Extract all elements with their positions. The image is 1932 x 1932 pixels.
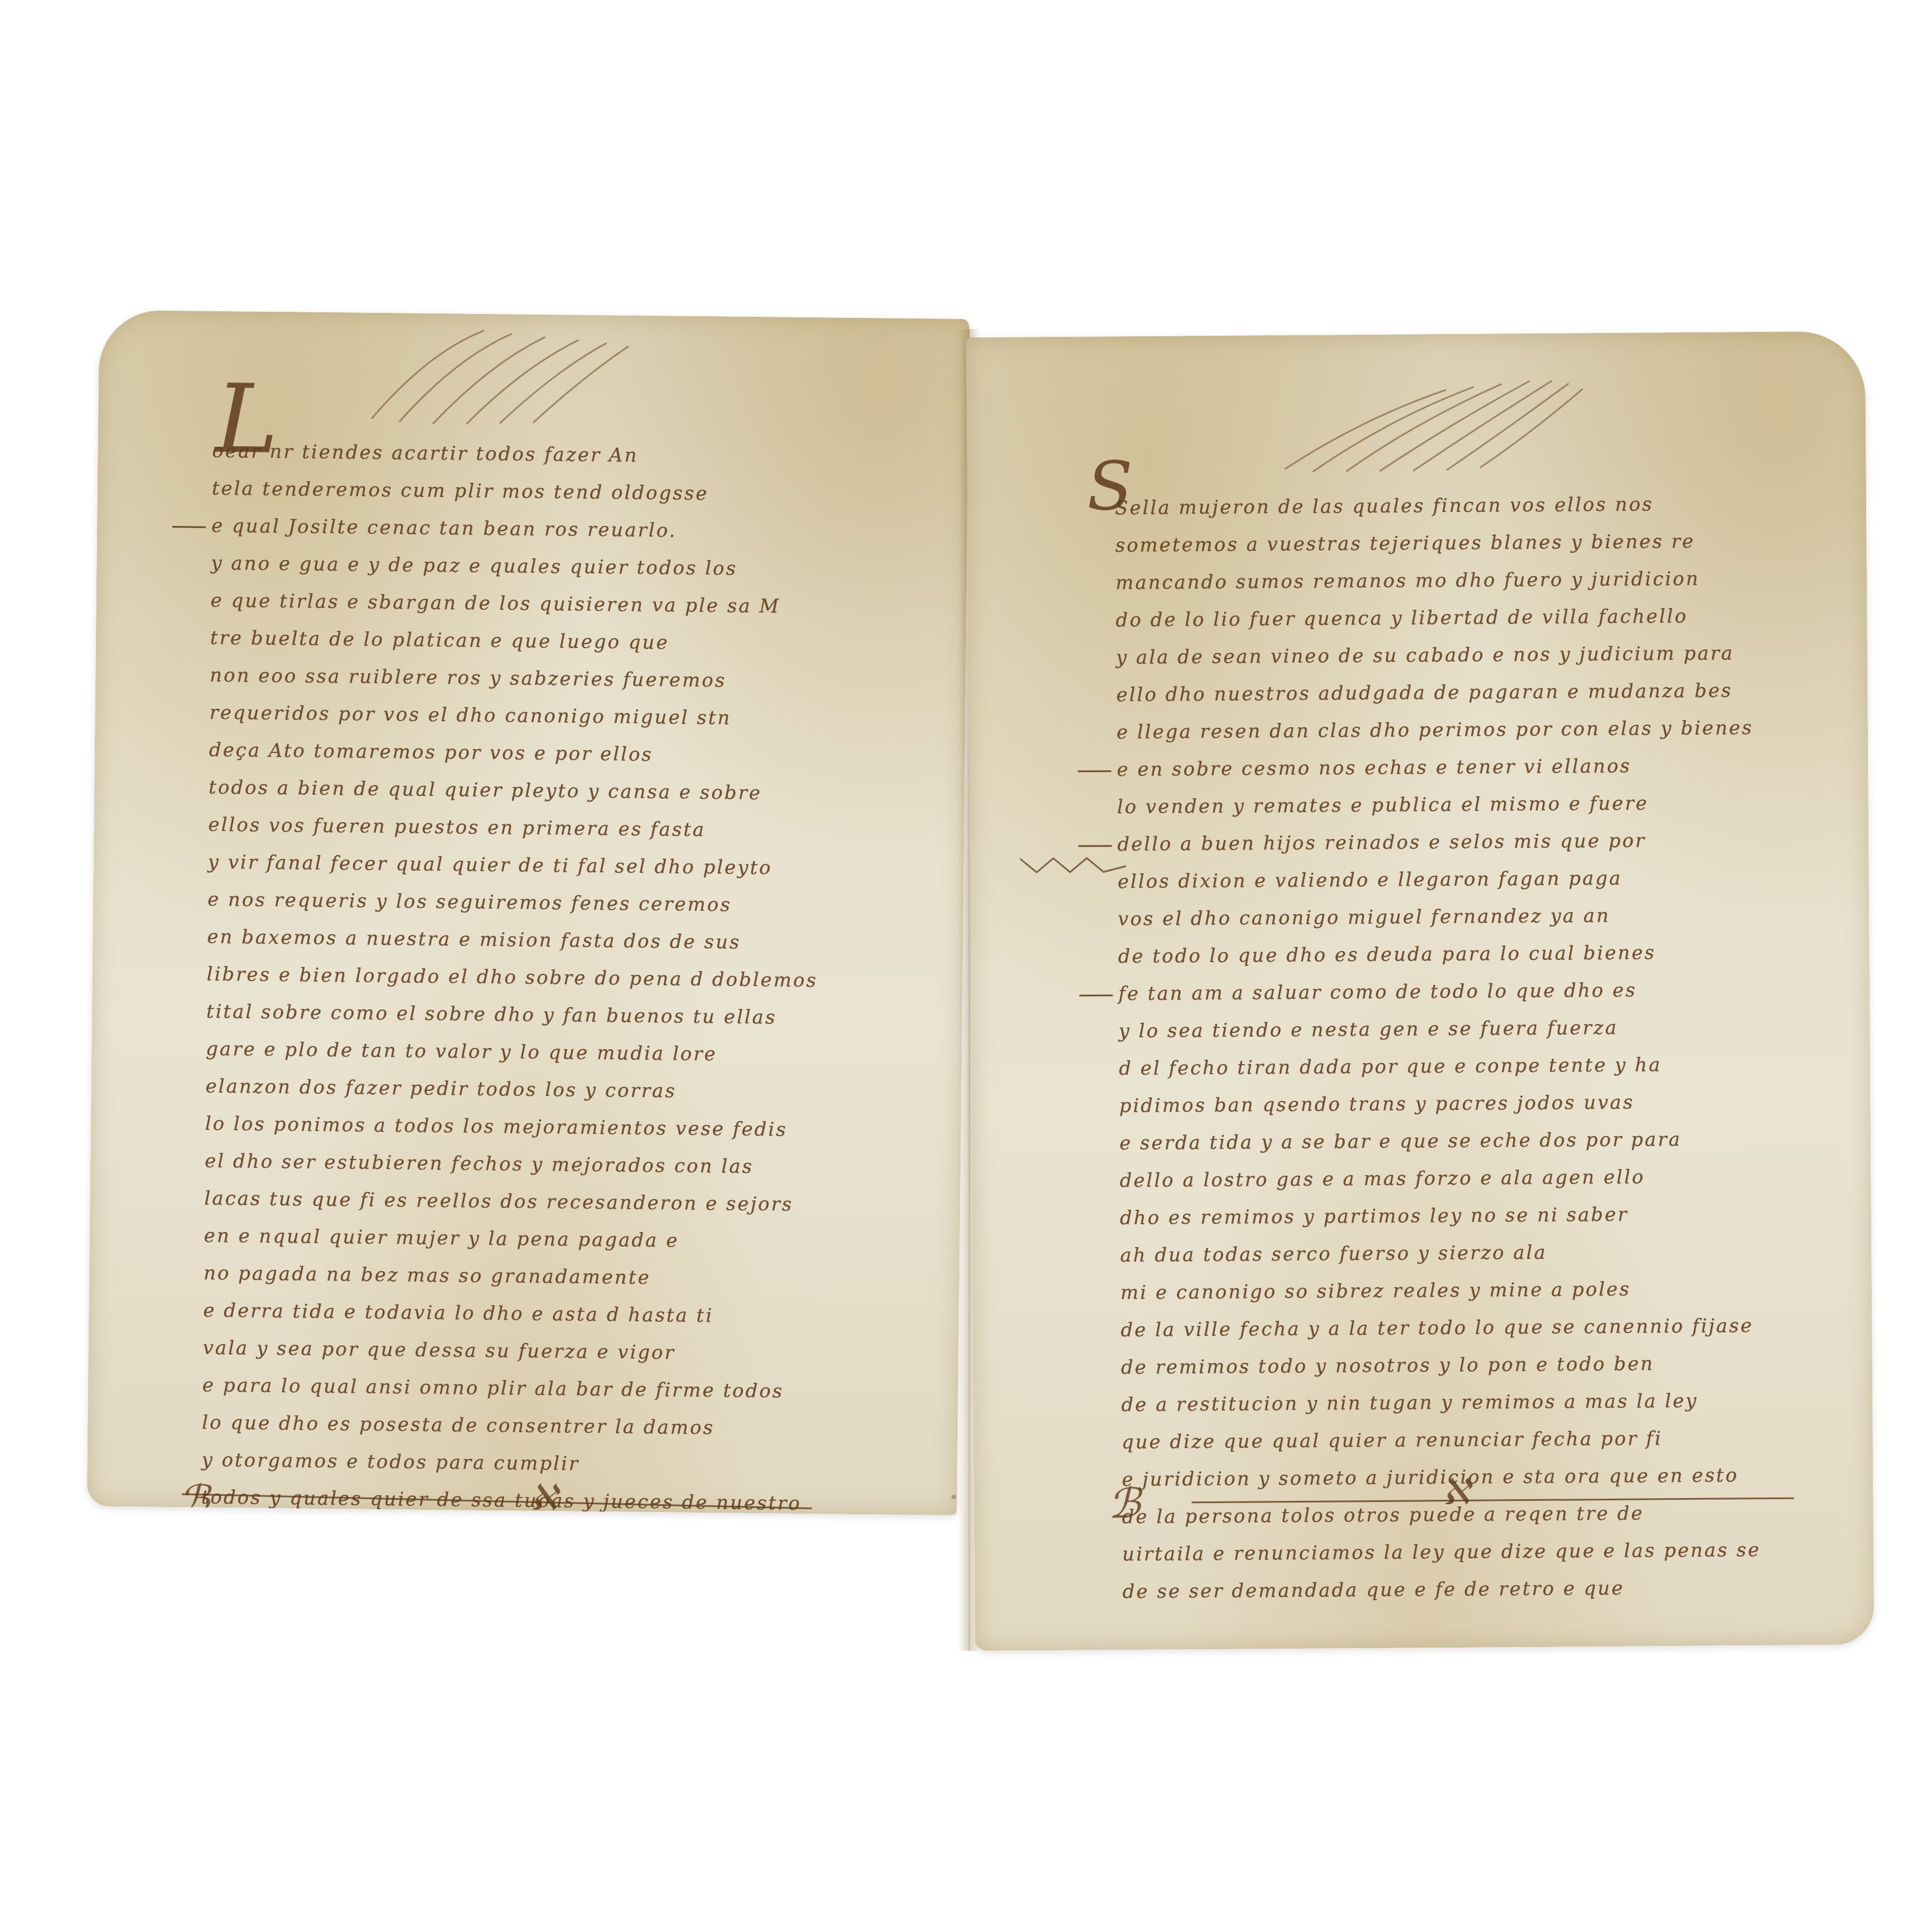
manuscript-line: do de lo lio fuer quenca y libertad de v… xyxy=(1115,597,1740,639)
manuscript-line: e serda tida y a se bar e que se eche do… xyxy=(1119,1120,1744,1162)
manuscript-line: ello dho nuestros adudgada de pagaran e … xyxy=(1116,672,1741,714)
manuscript-line: uirtaila e renunciamos la ley que dize q… xyxy=(1122,1532,1747,1573)
left-page-text: oear nr tiendes acartir todos fazer An t… xyxy=(201,433,937,1515)
manuscript-line: de todo lo que dho es deuda para lo cual… xyxy=(1118,934,1743,975)
left-page: L oear nr tiendes acartir todos fazer An… xyxy=(87,310,969,1515)
manuscript-line: d el fecho tiran dada por que e conpe te… xyxy=(1119,1046,1743,1088)
manuscript-line: e juridicion y someto a juridicion e sta… xyxy=(1122,1457,1746,1499)
manuscript-line: de a restitucion y nin tugan y remimos a… xyxy=(1121,1382,1746,1424)
pen-test-strokes-left xyxy=(360,318,651,427)
pen-test-strokes-right xyxy=(1278,355,1591,475)
manuscript-line: dello a buen hijos reinados e selos mis … xyxy=(1117,822,1742,863)
manuscript-line: y ala de sean vineo de su cabado e nos y… xyxy=(1116,635,1741,677)
right-page-text: Sella mujeron de las quales fincan vos e… xyxy=(1115,485,1747,1611)
manuscript-line: y lo sea tiendo e nesta gen e se fuera f… xyxy=(1118,1008,1743,1050)
manuscript-line: de la ville fecha y a la ter todo lo que… xyxy=(1120,1307,1745,1349)
margin-wavy-line xyxy=(1020,849,1131,886)
manuscript-line: ellos dixion e valiendo e llegaron fagan… xyxy=(1118,859,1742,901)
notarial-rubric-left: ℵ xyxy=(530,1477,557,1515)
manuscript-line: que dize que qual quier a renunciar fech… xyxy=(1122,1419,1746,1461)
manuscript-line: dho es remimos y partimos ley no se ni s… xyxy=(1120,1195,1745,1237)
manuscript-line: lo venden y remates e publica el mismo e… xyxy=(1117,784,1742,826)
manuscript-line: pidimos ban qsendo trans y pacres jodos … xyxy=(1119,1083,1743,1125)
manuscript-line: vos el dho canonigo miguel fernandez ya … xyxy=(1118,896,1742,938)
paraph-mark-right: ℬ xyxy=(1108,1480,1141,1528)
manuscript-line: fe tan am a saluar como de todo lo que d… xyxy=(1118,971,1743,1013)
manuscript-line: de remimos todo y nosotros y lo pon e to… xyxy=(1121,1345,1746,1387)
manuscript-line: e en sobre cesmo nos echas e tener vi el… xyxy=(1117,747,1741,789)
manuscript-line: de se ser demandada que e fe de retro e … xyxy=(1122,1569,1747,1611)
manuscript-line: Sella mujeron de las quales fincan vos e… xyxy=(1115,485,1740,527)
right-page: S Sella mujeron de las quales fincan vos… xyxy=(966,331,1874,1651)
manuscript-line: dello a lostro gas e a mas forzo e ala a… xyxy=(1119,1158,1744,1200)
manuscript-line: sometemos a vuestras tejeriques blanes y… xyxy=(1115,523,1740,564)
open-manuscript: L oear nr tiendes acartir todos fazer An… xyxy=(0,0,1932,1932)
wormhole xyxy=(951,1495,956,1499)
notarial-rubric-right: ℵ xyxy=(1442,1472,1469,1513)
manuscript-line: e llega resen dan clas dho perimos por c… xyxy=(1117,709,1741,751)
manuscript-line: mancando sumos remanos mo dho fuero y ju… xyxy=(1115,560,1740,602)
manuscript-line: ah dua todas serco fuerso y sierzo ala xyxy=(1120,1233,1745,1274)
paraph-mark-left: ℬ xyxy=(178,1476,210,1515)
manuscript-line: mi e canonigo so sibrez reales y mine a … xyxy=(1120,1270,1745,1312)
